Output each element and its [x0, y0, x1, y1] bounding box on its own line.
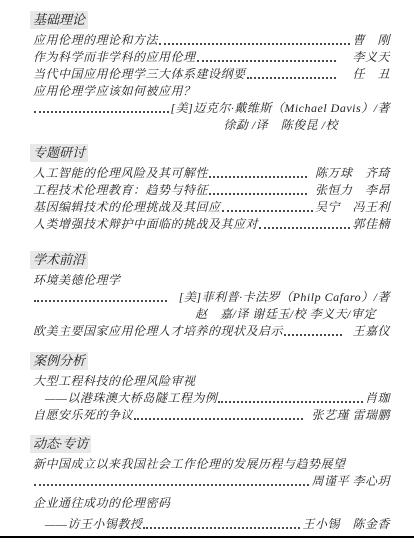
table-of-contents: 基础理论应用伦理的理论和方法曹 刚作为科学而非学科的应用伦理李义天当代中国应用伦…	[33, 11, 390, 533]
page-bottom-rule	[0, 536, 414, 538]
toc-section: 学术前沿环境美德伦理学[美]菲利普·卡法罗（Philp Cafaro）/著赵 嘉…	[33, 251, 390, 340]
entry-title: 大型工程科技的伦理风险审视	[33, 373, 196, 390]
toc-entry: [美]迈克尔·戴维斯（Michael Davis）/著	[33, 100, 390, 117]
entry-title: 企业通往成功的伦理密码	[33, 495, 171, 512]
toc-entry: 自愿安乐死的争议张艺瑾 雷瑞鹏	[33, 407, 390, 424]
entry-title: 自愿安乐死的争议	[33, 407, 133, 424]
toc-entry: 大型工程科技的伦理风险审视	[33, 373, 390, 390]
entry-title: 基因编辑技术的伦理挑战及其回应	[33, 199, 221, 216]
toc-section: 基础理论应用伦理的理论和方法曹 刚作为科学而非学科的应用伦理李义天当代中国应用伦…	[33, 11, 390, 134]
entry-authors: 郭佳楠	[352, 216, 390, 233]
dot-leader	[259, 227, 350, 229]
dot-leader	[143, 527, 300, 529]
toc-entry: [美]菲利普·卡法罗（Philp Cafaro）/著	[33, 289, 390, 306]
dot-leader	[134, 418, 303, 420]
entry-authors: 吴宁 冯王利	[315, 199, 390, 216]
entry-credits: 徐勐 /译 陈俊昆 /校	[223, 117, 338, 134]
entry-title: 当代中国应用伦理学三大体系建设纲要	[33, 66, 246, 83]
section-title: 学术前沿	[30, 251, 88, 269]
entry-title: ——以港珠澳大桥岛隧工程为例	[45, 390, 217, 407]
toc-entry: 环境美德伦理学	[33, 272, 390, 289]
entry-authors: 任 丑	[352, 66, 390, 83]
entry-title: 应用伦理的理论和方法	[33, 32, 158, 49]
section-title: 动态·专访	[30, 435, 91, 453]
dot-leader	[209, 193, 307, 195]
toc-section: 动态·专访新中国成立以来我国社会工作伦理的发展历程与趋势展望周谨平 李心玥企业通…	[33, 435, 390, 533]
toc-entry: 作为科学而非学科的应用伦理李义天	[33, 49, 390, 66]
dot-leader	[34, 484, 309, 486]
entry-authors: 王小锡 陈金香	[302, 516, 390, 533]
dot-leader	[159, 43, 350, 45]
entry-attribution: [美]菲利普·卡法罗（Philp Cafaro）/著	[179, 289, 390, 306]
toc-entry: ——访王小锡教授王小锡 陈金香	[33, 516, 390, 533]
toc-entry: 企业通往成功的伦理密码	[33, 495, 390, 512]
entry-title: 欧美主要国家应用伦理人才培养的现状及启示	[33, 323, 283, 340]
toc-entry: 应用伦理学应该如何被应用？	[33, 83, 390, 100]
toc-section: 专题研讨人工智能的伦理风险及其可解性陈万球 齐琦工程技术伦理教育：趋势与特征张恒…	[33, 144, 390, 233]
section-title: 基础理论	[30, 11, 88, 29]
entry-authors: 张艺瑾 雷瑞鹏	[311, 407, 390, 424]
entry-title: 工程技术伦理教育：趋势与特征	[33, 182, 208, 199]
entry-authors: 曹 刚	[352, 32, 390, 49]
entry-title: 环境美德伦理学	[33, 272, 121, 289]
toc-entry: 当代中国应用伦理学三大体系建设纲要任 丑	[33, 66, 390, 83]
toc-section: 案例分析大型工程科技的伦理风险审视——以港珠澳大桥岛隧工程为例肖珈自愿安乐死的争…	[33, 352, 390, 424]
dot-leader	[197, 60, 337, 62]
toc-entry: 工程技术伦理教育：趋势与特征张恒力 李昂	[33, 182, 390, 199]
entry-title: 人类增强技术辩护中面临的挑战及其应对	[33, 216, 258, 233]
dot-leader	[34, 111, 169, 113]
section-title: 案例分析	[30, 352, 88, 370]
entry-title: 作为科学而非学科的应用伦理	[33, 49, 196, 66]
dot-leader	[209, 176, 307, 178]
toc-entry: ——以港珠澳大桥岛隧工程为例肖珈	[33, 390, 390, 407]
toc-entry: 基因编辑技术的伦理挑战及其回应吴宁 冯王利	[33, 199, 390, 216]
entry-attribution: [美]迈克尔·戴维斯（Michael Davis）/著	[171, 100, 391, 117]
toc-entry: 新中国成立以来我国社会工作伦理的发展历程与趋势展望	[33, 456, 390, 473]
entry-authors: 陈万球 齐琦	[315, 165, 390, 182]
entry-title: 新中国成立以来我国社会工作伦理的发展历程与趋势展望	[33, 456, 346, 473]
dot-leader	[218, 401, 363, 403]
entry-authors: 张恒力 李昂	[315, 182, 390, 199]
toc-entry: 徐勐 /译 陈俊昆 /校	[33, 117, 390, 134]
toc-entry: 人工智能的伦理风险及其可解性陈万球 齐琦	[33, 165, 390, 182]
entry-title: 应用伦理学应该如何被应用？	[33, 83, 196, 100]
entry-authors: 周谨平 李心玥	[311, 473, 390, 490]
toc-entry: 欧美主要国家应用伦理人才培养的现状及启示王嘉仪	[33, 323, 390, 340]
entry-title: ——访王小锡教授	[45, 516, 142, 533]
toc-entry: 人类增强技术辩护中面临的挑战及其应对郭佳楠	[33, 216, 390, 233]
entry-title: 人工智能的伦理风险及其可解性	[33, 165, 208, 182]
entry-credits: 赵 嘉/译 谢廷玉/校 李义天/审定	[195, 306, 376, 323]
entry-authors: 肖珈	[365, 390, 390, 407]
toc-entry: 周谨平 李心玥	[33, 473, 390, 490]
toc-entry: 应用伦理的理论和方法曹 刚	[33, 32, 390, 49]
entry-authors: 王嘉仪	[352, 323, 390, 340]
dot-leader	[222, 210, 313, 212]
dot-leader	[284, 334, 342, 336]
dot-leader	[247, 77, 337, 79]
dot-leader	[34, 300, 167, 302]
entry-authors: 李义天	[352, 49, 390, 66]
toc-entry: 赵 嘉/译 谢廷玉/校 李义天/审定	[33, 306, 390, 323]
section-title: 专题研讨	[30, 144, 88, 162]
